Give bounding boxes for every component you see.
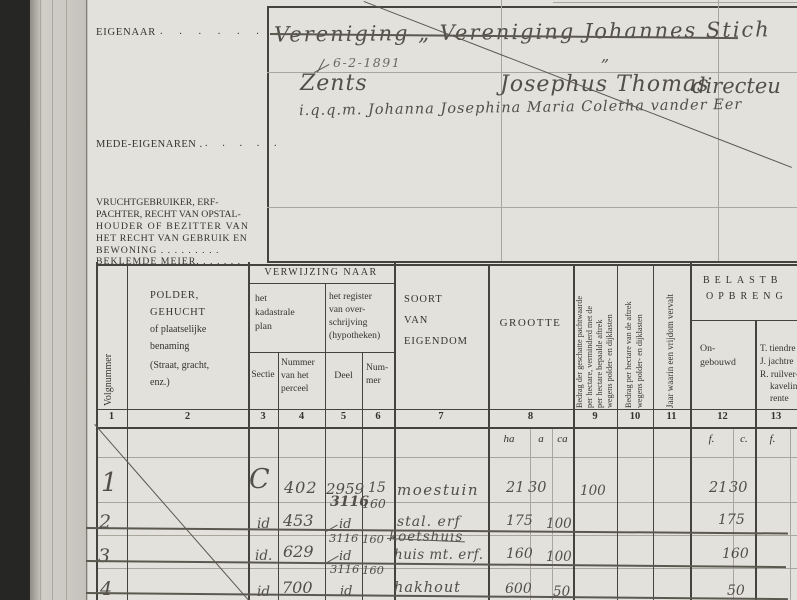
header-polder-line: of plaatselijke [150, 324, 206, 335]
header-grootte: GROOTTE [488, 317, 573, 329]
header-register-line: het register [329, 291, 372, 302]
vruchtgebruiker-label-line: BEWONING . . . . . . . . . [96, 245, 219, 256]
header-belastbare-line: BELASTB [703, 275, 782, 286]
row-sectie: id [257, 584, 270, 600]
row-register-nummer: 15 [368, 480, 386, 496]
row-volgnummer: 1 [101, 468, 118, 498]
header-col13-line: J. jachtre [760, 357, 794, 367]
column-number: 6 [362, 411, 394, 422]
unit-c: c. [733, 433, 755, 445]
entry-rule [267, 207, 797, 208]
header-nummer-perceel-line: Nummer [281, 358, 315, 368]
row-perceel: 453 [283, 511, 314, 530]
scanned-cadastral-register-page: EIGENAAR . . . . . . . . MEDE-EIGENAREN … [0, 0, 797, 600]
column-number: 7 [394, 411, 488, 422]
header-col13-line: kaveling [770, 382, 797, 392]
header-col10-rotated-line: wegens polder- en dijklasten [635, 270, 646, 408]
grid-line [488, 264, 490, 600]
row-sectie: C [249, 464, 270, 495]
header-col11-rotated: Jaar waarin een vrijdom vervalt [665, 270, 678, 408]
column-number: 1 [96, 411, 127, 422]
header-polder-line: benaming [150, 341, 189, 352]
row-deel-correction: 3116 [329, 531, 358, 545]
panel-bottom-border [267, 261, 797, 263]
header-kadastraal-line: het [255, 293, 267, 304]
row-pachtwaarde: 100 [546, 549, 572, 565]
grid-line [248, 352, 394, 353]
column-number: 11 [653, 411, 690, 422]
column-number: 10 [617, 411, 653, 422]
eigenaar-label: EIGENAAR [96, 27, 156, 38]
grid-line [553, 2, 797, 3]
row-belastbaar-f: 50 [727, 583, 745, 599]
header-bottom-line [96, 409, 797, 410]
header-soort-line: EIGENDOM [404, 336, 468, 347]
column-number: 3 [248, 411, 278, 422]
grid-line [248, 283, 394, 284]
grid-line [653, 264, 654, 600]
vruchtgebruiker-label-line: VRUCHTGEBRUIKER, ERF- [96, 197, 218, 208]
page-edge-streak [52, 0, 53, 600]
row-perceel: 629 [283, 542, 314, 561]
page-edge-streak [86, 0, 87, 600]
row-deel: id [340, 584, 352, 599]
row-belastbaar-f: 21 [709, 480, 727, 496]
row-grootte: 175 [506, 513, 533, 529]
column-number: 5 [325, 411, 362, 422]
page-edge-streak [40, 0, 41, 600]
mede-eigenaren-leader-dots: . . . . . [205, 138, 283, 149]
vruchtgebruiker-label-line: HOUDER OF BEZITTER VAN [96, 221, 249, 232]
quote-mark: „ [601, 46, 609, 65]
owner-title: directeu [692, 74, 781, 98]
row-pachtwaarde: 100 [546, 516, 572, 532]
row-soort: hakhout [394, 580, 461, 596]
vruchtgebruiker-label-line: PACHTER, RECHT VAN OPSTAL- [96, 209, 241, 220]
header-deel: Deel [325, 370, 362, 381]
column-number: 8 [488, 411, 573, 422]
header-nummer-line: mer [366, 376, 381, 386]
unit-f: f. [755, 433, 790, 445]
row-belastbaar-f: 160 [722, 546, 749, 562]
mede-eigenaren-label: MEDE-EIGENAREN . [96, 139, 203, 150]
row-grootte-a: 21 [506, 480, 524, 496]
header-polder-line: POLDER, [150, 290, 199, 301]
column-number: 12 [690, 411, 755, 422]
unit-ha: ha [488, 433, 530, 445]
header-polder-line: GEHUCHT [150, 307, 206, 318]
grid-line [617, 264, 618, 600]
column-number: 4 [278, 411, 325, 422]
unit-f: f. [690, 433, 733, 445]
page-edge-streak [66, 0, 67, 600]
header-nummer-perceel-line: perceel [281, 384, 308, 394]
panel-left-border [267, 6, 269, 262]
header-register-line: (hypotheken) [329, 330, 380, 341]
header-belastbare-line: OPBRENG [706, 291, 788, 302]
grid-line [755, 320, 757, 600]
owner-surname: Zents [300, 71, 368, 96]
column-number: 9 [573, 411, 617, 422]
row-pachtwaarde: 100 [580, 483, 606, 499]
header-col13-line: R. ruilver- [760, 370, 797, 380]
row-grootte-ca: 30 [528, 480, 546, 496]
header-register-line: van over- [329, 304, 365, 315]
owner-struck-entry: Vereniging „ Vereniging Johannes Stich [274, 17, 771, 46]
row-soort: stal. erf [397, 514, 461, 530]
row-volgnummer: 3 [98, 545, 110, 567]
row-grootte: 160 [506, 546, 533, 562]
unit-ca: ca [552, 433, 573, 445]
row-grootte: 600 [505, 581, 532, 597]
grid-line [248, 262, 250, 600]
header-soort-line: SOORT [404, 294, 443, 305]
header-kadastraal-line: plan [255, 321, 272, 332]
body-cancellation-diagonal [94, 424, 249, 600]
grid-line [127, 264, 128, 600]
row-belastbaar-f: 175 [718, 512, 745, 528]
row-soort: huis mt. erf. [394, 547, 483, 563]
header-polder-line: (Straat, gracht, [150, 360, 209, 371]
header-col10-rotated-line: Bedrag per hectare van de aftrek [624, 270, 635, 408]
row-volgnummer: 4 [100, 578, 112, 600]
body-guide-line [96, 502, 797, 503]
row-register-nummer-correction: 160 [362, 563, 384, 577]
column-number: 2 [127, 411, 248, 422]
co-owner-line: i.q.q.m. Johanna Josephina Maria Coletha… [299, 97, 743, 119]
row-register-nummer-correction: 160 [362, 496, 386, 511]
vruchtgebruiker-label-line: HET RECHT VAN GEBRUIK EN [96, 233, 247, 244]
header-kadastraal-line: kadastrale [255, 307, 295, 318]
row-perceel: 402 [284, 478, 318, 497]
grid-line [790, 429, 791, 600]
grid-line [552, 429, 553, 600]
header-sectie: Sectie [248, 370, 278, 380]
row-belastbaar-c: 30 [729, 480, 747, 496]
header-verwijzing-naar: VERWIJZING NAAR [248, 267, 394, 278]
scan-black-edge [0, 0, 30, 600]
number-row-bottom-line [96, 427, 797, 429]
row-soort: moestuin [397, 481, 479, 499]
header-ongebouwd-line: On- [700, 343, 715, 354]
column-number: 13 [755, 411, 797, 422]
page-edge-band [30, 0, 88, 600]
table-top-border [96, 264, 797, 266]
date-note: 6-2-1891 [333, 55, 401, 70]
owner-first-names: Josephus Thomas [500, 72, 709, 97]
header-col13-line: T. tiendre [760, 344, 795, 354]
header-nummer-perceel-line: van het [281, 371, 309, 381]
row-register-nummer-correction: 160 [362, 532, 384, 546]
header-soort-line: VAN [404, 315, 428, 326]
header-register-line: schrijving [329, 317, 367, 328]
grid-line [325, 283, 326, 600]
grid-line [690, 262, 692, 600]
header-nummer-line: Num- [366, 363, 388, 373]
header-volgnummer: Volgnummer [103, 299, 117, 406]
header-col13-line: rente [770, 394, 789, 404]
units-row-line [96, 457, 797, 458]
body-guide-line [96, 568, 797, 569]
row-deel-correction: 3116 [330, 562, 359, 576]
unit-a: a [530, 433, 552, 445]
row-soort-2: koetshuis [389, 529, 463, 545]
header-polder-line: enz.) [150, 377, 170, 388]
row-volgnummer: 2 [99, 511, 111, 533]
header-col9-rotated-line: wegens polder- en dijklasten [605, 270, 616, 408]
header-ongebouwd-line: gebouwd [700, 357, 736, 368]
grid-line [690, 320, 797, 321]
